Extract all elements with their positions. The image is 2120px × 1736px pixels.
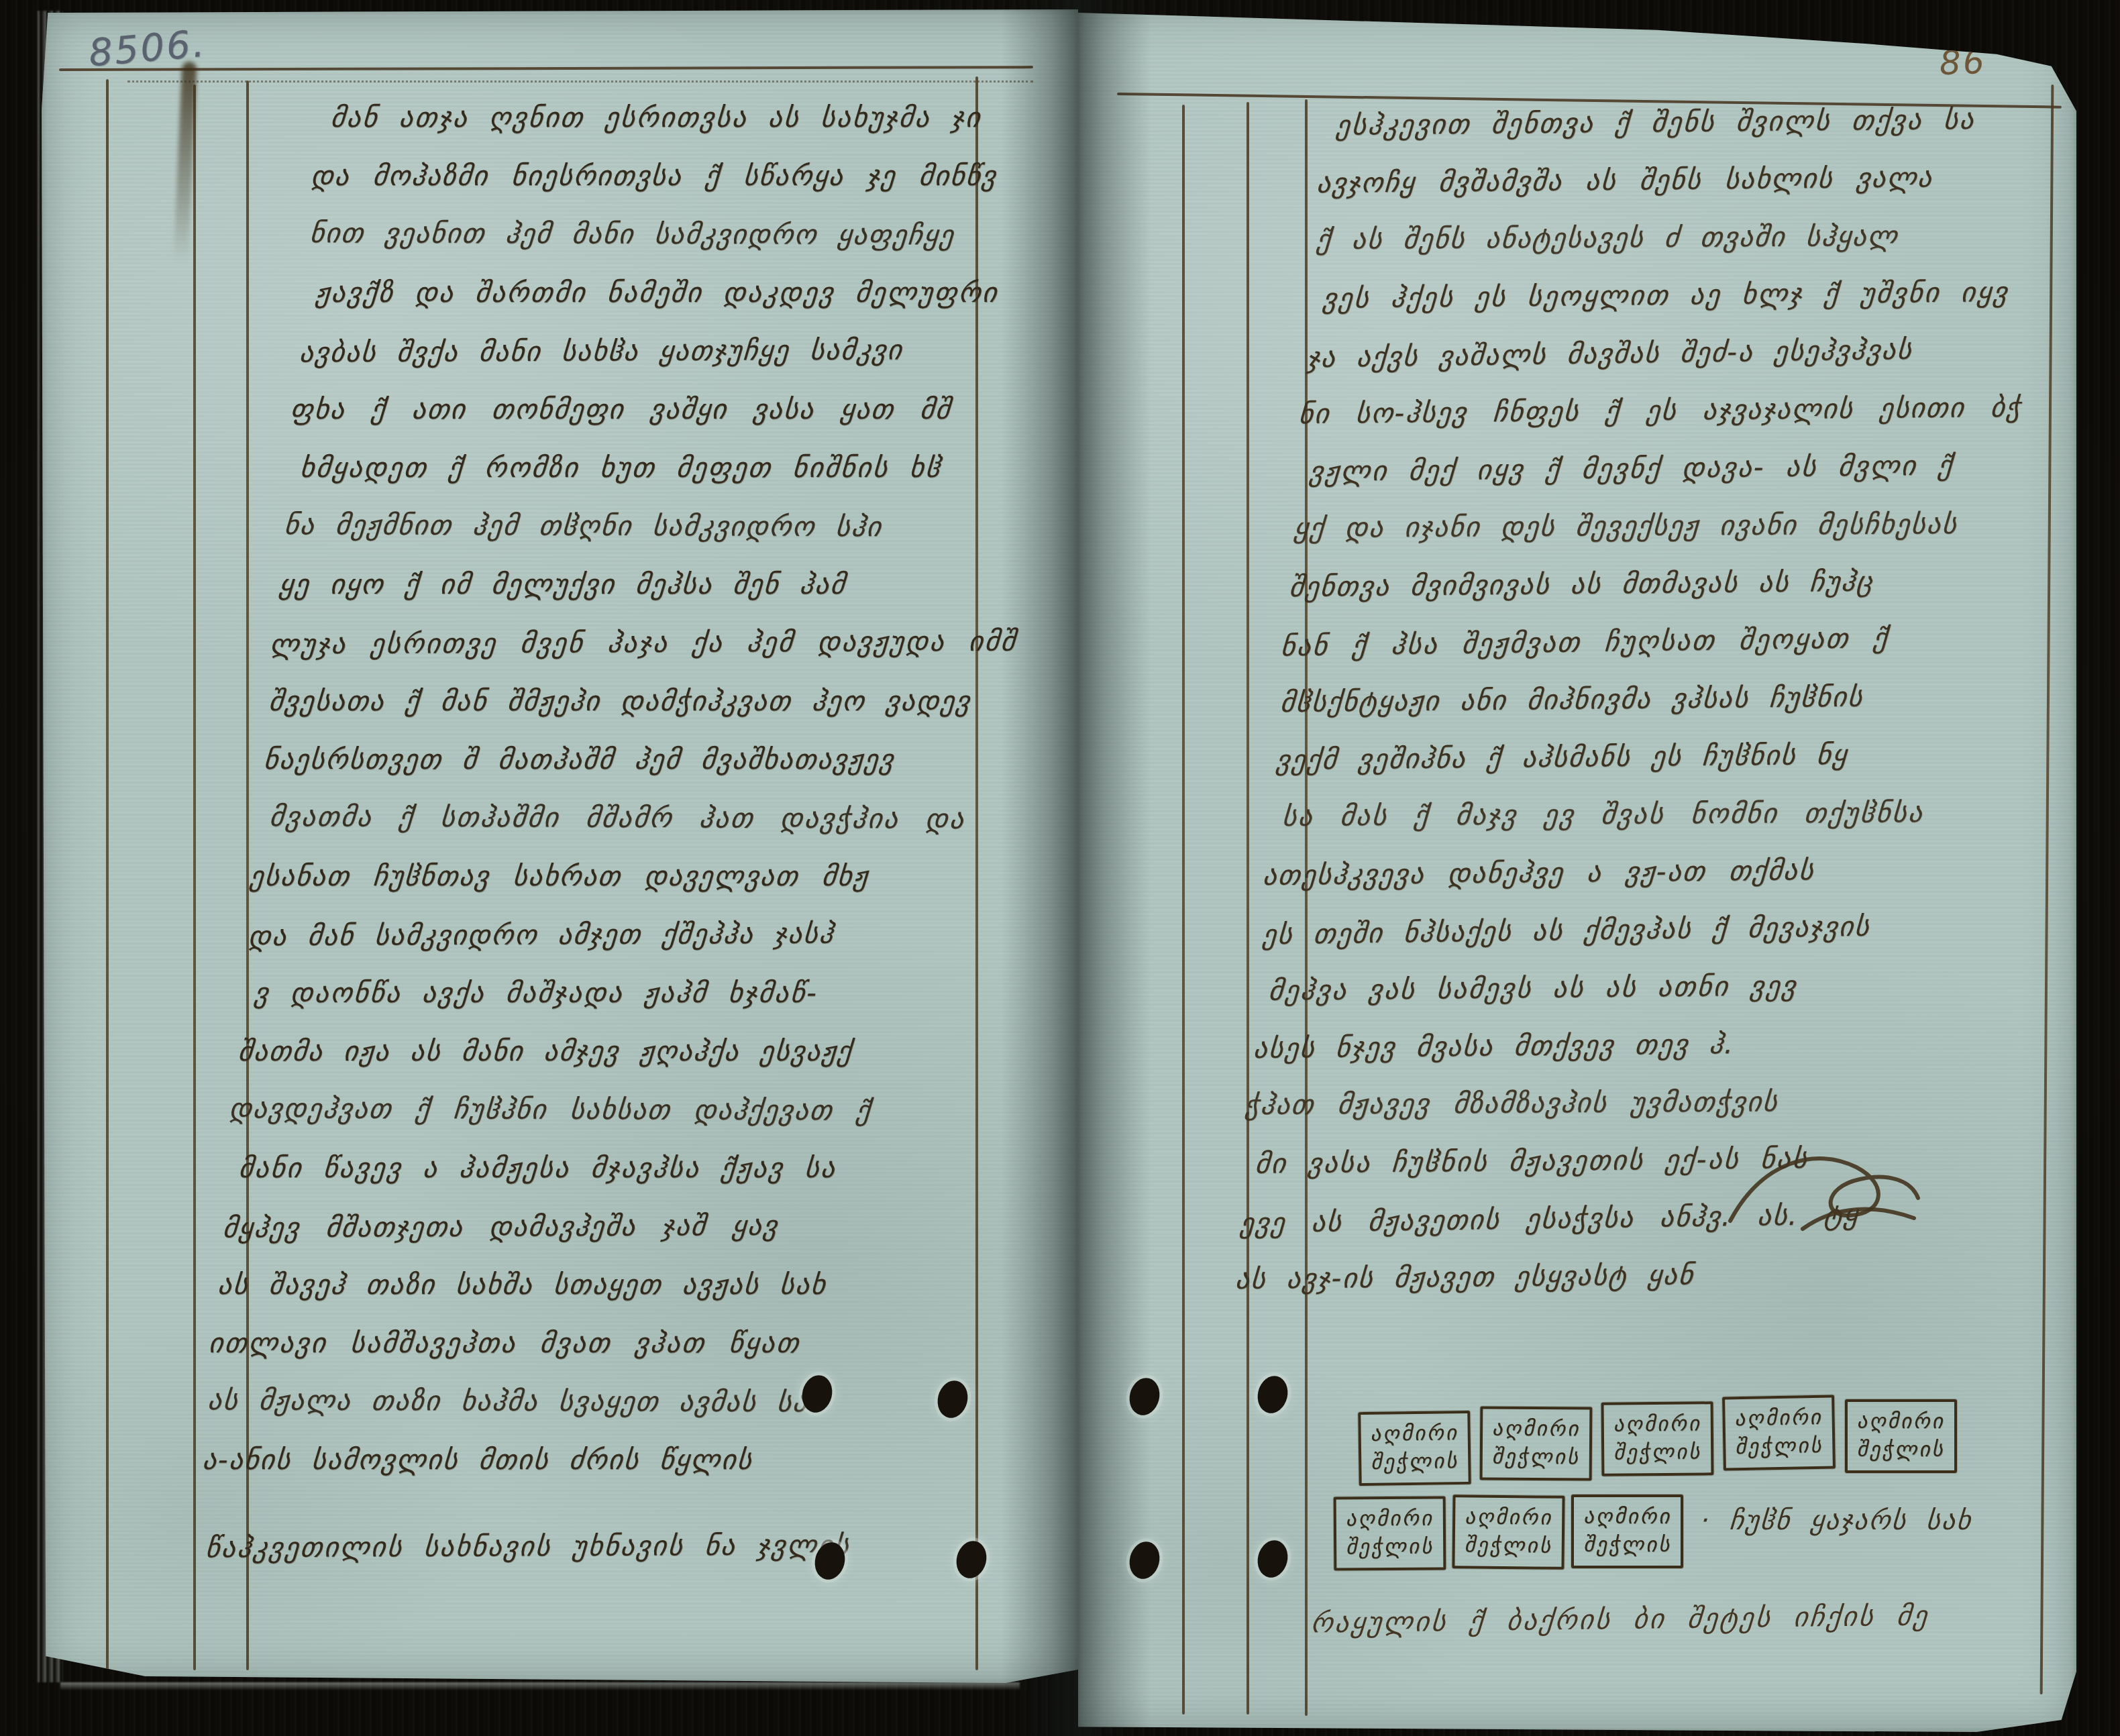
handwriting-line: ესანათ ჩუჱნთავ სახრათ დაველვათ მხჟ [247, 847, 1001, 906]
page-right: 86 ესჰკევით შენთვა ქ̃ შენს შვილს თქვა სა… [1078, 4, 2076, 1732]
stamp-text-line1: აღმირი [1613, 1409, 1702, 1438]
handwriting-line: მჱსქნტყაჟი ანი მიჰნივმა ვჰსას ჩუჱნის [1278, 666, 2015, 730]
stamp-text-line1: აღმირი [1346, 1505, 1434, 1533]
page-edge-bottom [60, 1682, 1020, 1690]
stamp-text-line1: აღმირი [1583, 1503, 1671, 1531]
handwriting-line: ჯა აქვს ვაშალს მავშას შეძ-ა ესეჰვჰვას [1306, 319, 2042, 386]
book-scan: 8506. მან ათჯა ღვნით ესრითვსა ას სახუჯმა… [0, 0, 2120, 1736]
handwriting-line: ლუჯა ესრითვე მვენ ჰაჯა ქა ჰემ დავჟუდა იმ… [268, 612, 1022, 674]
stamp-text-line2: შეჭლის [1371, 1447, 1459, 1476]
handwriting-line: სა მას ქ̃ მაჯვ ევ შვას ნომნი თქუჱნსა [1280, 783, 2006, 845]
stamp-box: აღმირი შეჭლის [1845, 1399, 1957, 1473]
stamp-box: აღმირი შეჭლის [1480, 1406, 1593, 1480]
handwriting-line: ფხა ქ̃ ათი თონმეფი ვაშყი ვასა ყათ მშ [288, 380, 1042, 439]
stamp-text-line2: შეჭლის [1465, 1531, 1553, 1560]
stamp-text-line2: შეჭლის [1857, 1435, 1945, 1464]
handwriting-line: ხმყადეთ ქ̃ რომზი ხუთ მეფეთ ნიშნის ხჱ [298, 439, 1037, 497]
stamp-text-line1: აღმირი [1465, 1503, 1553, 1531]
handwriting-line: მეჰვა ვას სამევს ას ას ათნი ვევ [1267, 955, 1993, 1019]
stamp-box: აღმირი შეჭლის [1334, 1496, 1446, 1570]
handwriting-line: ქ̃ ას შენს ანატესავეს ძ თვაში სჰყალ [1314, 206, 2051, 268]
handwriting-line: ათესჰკვევა დანეჰვე ა ვჟ-ათ თქმას [1261, 839, 2001, 904]
handwriting-line: ას შავეჰ თაზი სახშა სთაყეთ ავჟას სახ [215, 1256, 965, 1314]
margin-rule [193, 85, 196, 1670]
handwriting-line: დავდეჰვათ ქ̃ ჩუჱჰნი სახსათ დაჰქევათ ქ̃ [227, 1079, 981, 1140]
handwriting-line: ავბას შვქა მანი სახჱა ყათჯუჩყე სამკვი [297, 321, 1047, 382]
handwriting-line: ვ დაონწა ავქა მაშჯადა ჟაჰმ ხჯმაწ- [252, 964, 991, 1022]
stamp-text-line1: აღმირი [1370, 1419, 1459, 1448]
handwriting-line: ნით ვეანით ჰემ მანი სამკვიდრო ყაფეჩყე [307, 204, 1057, 265]
stamp-box: აღმირი შეჭლის [1571, 1495, 1683, 1568]
stamp-text-line2: შეჭლის [1735, 1431, 1823, 1461]
margin-rule [1182, 105, 1185, 1715]
stamp-row-lower: აღმირი შეჭლის აღმირი შეჭლის აღმირი შეჭლი… [1334, 1495, 1683, 1568]
handwriting-line: ვექმ ვეშიჰნა ქ̃ აჰსმანს ეს ჩუჱნის ნყ [1274, 724, 2011, 788]
stamp-text-line1: აღმირი [1735, 1403, 1823, 1433]
handwriting-line: შვესათა ქ̃ მან შმჟეჰი დამჭიჰკვათ ჰეო ვად… [266, 672, 1016, 730]
top-rule-left [59, 66, 1033, 71]
left-page-text: მან ათჯა ღვნით ესრითვსა ას სახუჯმა ჯიდა … [193, 89, 1067, 1576]
stamp-row-upper: აღმირი შეჭლის აღმირი შეჭლის აღმირი შეჭლი… [1359, 1399, 1957, 1473]
margin-rule [2040, 85, 2054, 1694]
stamp-text-line1: აღმირი [1857, 1407, 1945, 1435]
stamp-box: აღმირი შეჭლის [1358, 1411, 1471, 1486]
page-number-right: 86 [1939, 42, 1987, 83]
stamp-text-line2: შეჭლის [1613, 1437, 1702, 1466]
margin-rule [106, 79, 109, 1670]
handwriting-line: ნან ქ̃ ჰსა შეჟმვათ ჩუღსათ შეოყათ ქ̃ [1279, 607, 2019, 675]
handwriting-line: ასეს ნჯევ მვასა მთქვევ თევ ჰ. [1251, 1012, 1988, 1077]
margin-rule [1247, 102, 1249, 1715]
handwriting-line: ა-ანის სამოვლის მთის ძრის წყლის [200, 1431, 950, 1489]
handwriting-line: ვჟლი მექ იყვ ქ̃ მევნქ დავა- ას მვლი ქ̃ [1307, 436, 2033, 500]
stamp-box: აღმირი შეჭლის [1723, 1395, 1836, 1471]
handwriting-line: მყჰევ მშათჯეთა დამავჰეშა ჯაშ ყავ [221, 1196, 971, 1258]
handwriting-line: ჟავქ̃ზ და შართმი ნამეში დაკდევ მელუფრი [313, 264, 1053, 322]
handwriting-line: ყე იყო ქ̃ იმ მელუქვი მეჰსა შენ ჰამ [276, 555, 1026, 614]
signature-flourish [1722, 1140, 1923, 1248]
right-page-text: ესჰკევით შენთვა ქ̃ შენს შვილს თქვა საავჯ… [1233, 90, 2060, 1308]
stamp-text-line1: აღმირი [1492, 1415, 1580, 1444]
handwriting-line: ნა მეჟმნით ჰემ თჱღნი სამკვიდრო სჰი [282, 496, 1032, 557]
handwriting-line: ას მჟალა თაზი ხაჰმა სვაყეთ ავმას სახ [205, 1371, 955, 1432]
handwriting-line: ვეს ჰქეს ეს სეოყლით აე ხლჯ ქ̃ უშვნი იყვ [1320, 263, 2046, 327]
handwriting-line: ეს თეში ნჰსაქეს ას ქმევჰას ქ̃ მევაჯვის [1261, 896, 1997, 963]
handwriting-line: მანი წავევ ა ჰამჟესა მჯავჰსა ქ̃ჟავ სა [236, 1139, 975, 1197]
handwriting-line: შათმა იჟა ას მანი ამჯევ ჟღაჰქა ესვაჟქ [236, 1022, 986, 1081]
handwriting-line: და მან სამკვიდრო ამჯეთ ქშეჰჰა ჯასჰ [246, 904, 996, 966]
handwriting-line: ავჯოჩყ მვშამვშა ას შენს სახლის ვალა [1315, 148, 2056, 213]
handwriting-line: ესჰკევით შენთვა ქ̃ შენს შვილს თქვა სა [1334, 90, 2060, 154]
handwriting-line: ნი სო-ჰსევ ჩნფეს ქ̃ ეს აჯვაჯალის ესითი ბ… [1297, 378, 2037, 443]
dotted-rule-left [127, 80, 1033, 83]
handwriting-line: ყქ და იჯანი დეს შევექსეჟ ივანი მესჩხესას [1291, 494, 2028, 557]
handwriting-line: ას ავჯ-ის მჟავეთ ესყვასტ ყან [1233, 1243, 1970, 1307]
handwriting-line: ნაესრსთვეთ შ მათჰაშმ ჰემ მვაშხათავჟევ [262, 730, 1012, 789]
handwriting-line: ჭჰათ მჟავევ მზამზავჰის უვმათჭვის [1242, 1071, 1983, 1134]
handwriting-line: მვათმა ქ̃ სთჰაშმი მშამრ ჰათ დავჭჰია და [267, 788, 1006, 849]
stamp-text-line2: შეჭლის [1492, 1443, 1580, 1472]
stamp-box: აღმირი შეჭლის [1601, 1401, 1714, 1476]
handwriting-line: ითლავი სამშავეჰთა მვათ ვჰათ წყათ [207, 1314, 961, 1372]
closing-handwriting-line: რაყულის ქ̃ ბაქრის ბი შეტეს იჩქის მე [1310, 1599, 1931, 1639]
handwriting-line: და მოჰაზმი ნიესრითვსა ქ̃ სწარყა ჯე მინწვ [309, 147, 1063, 205]
stamp-text-line2: შეჭლის [1346, 1533, 1434, 1562]
stamp-row-suffix-text: · ჩუჱნ ყაჯარს სახ [1699, 1505, 1974, 1536]
stamp-text-line2: შეჭლის [1583, 1531, 1671, 1559]
handwriting-line: შენთვა მვიმვივას ას მთმავას ას ჩუჰც [1287, 551, 2024, 616]
stamp-box: აღმირი შეჭლის [1452, 1495, 1565, 1570]
handwriting-line: მან ათჯა ღვნით ესრითვსა ას სახუჯმა ჯი [328, 89, 1067, 147]
page-left: 8506. მან ათჯა ღვნით ესრითვსა ას სახუჯმა… [42, 9, 1078, 1683]
